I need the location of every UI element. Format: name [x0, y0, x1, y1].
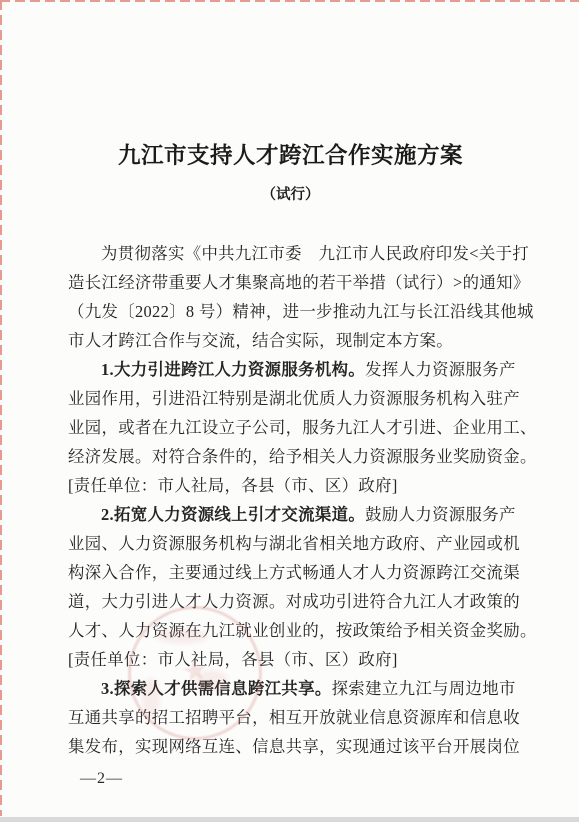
text-line: 构深入合作，主要通过线上方式畅通人才人力资源跨江交流渠 [68, 558, 513, 587]
page-number: —2— [68, 770, 513, 788]
text-line: 道，大力引进人才人力资源。对成功引进符合九江人才政策的 [68, 587, 513, 616]
text-line: 业园，或者在九江设立子公司，服务九江人才引进、企业用工、 [68, 413, 513, 442]
text-line: [责任单位：市人社局，各县（市、区）政府] [68, 645, 513, 674]
text-line: [责任单位：市人社局，各县（市、区）政府] [68, 471, 513, 500]
document-subtitle: （试行） [68, 183, 513, 204]
text-line: 互通共享的招工招聘平台，相互开放就业信息资源库和信息收 [68, 703, 513, 732]
text-line: 3.探索人才供需信息跨江共享。探索建立九江与周边地市 [68, 674, 513, 703]
text-line: 业园作用，引进沿江特别是湖北优质人力资源服务机构入驻产 [68, 384, 513, 413]
text-line: 业园、人力资源服务机构与湖北省相关地方政府、产业园或机 [68, 529, 513, 558]
document-body-text: 为贯彻落实《中共九江市委 九江市人民政府印发<关于打造长江经济带重要人才集聚高地… [68, 239, 513, 761]
document-title: 九江市支持人才跨江合作实施方案 [68, 138, 513, 170]
scanned-document-page: 九江市支持人才跨江合作实施方案 （试行） 为贯彻落实《中共九江市委 九江市人民政… [0, 0, 579, 822]
text-line: 2.拓宽人力资源线上引才交流渠道。鼓励人力资源服务产 [68, 500, 513, 529]
text-line: 集发布，实现网络互连、信息共享，实现通过该平台开展岗位 [68, 732, 513, 761]
text-line: 经济发展。对符合条件的，给予相关人力资源服务业奖励资金。 [68, 442, 513, 471]
text-line: （九发〔2022〕8 号）精神，进一步推动九江与长江沿线其他城 [68, 297, 513, 326]
text-line: 人才、人力资源在九江就业创业的，按政策给予相关资金奖励。 [68, 616, 513, 645]
text-line: 1.大力引进跨江人力资源服务机构。发挥人力资源服务产 [68, 355, 513, 384]
page-dashed-border-left [0, 0, 2, 816]
text-line: 为贯彻落实《中共九江市委 九江市人民政府印发<关于打 [68, 239, 513, 268]
text-line: 市人才跨江合作与交流，结合实际，现制定本方案。 [68, 326, 513, 355]
scan-edge-bar [0, 817, 579, 822]
document-content: 九江市支持人才跨江合作实施方案 （试行） 为贯彻落实《中共九江市委 九江市人民政… [68, 0, 513, 788]
text-line: 造长江经济带重要人才集聚高地的若干举措（试行）>的通知》 [68, 268, 513, 297]
